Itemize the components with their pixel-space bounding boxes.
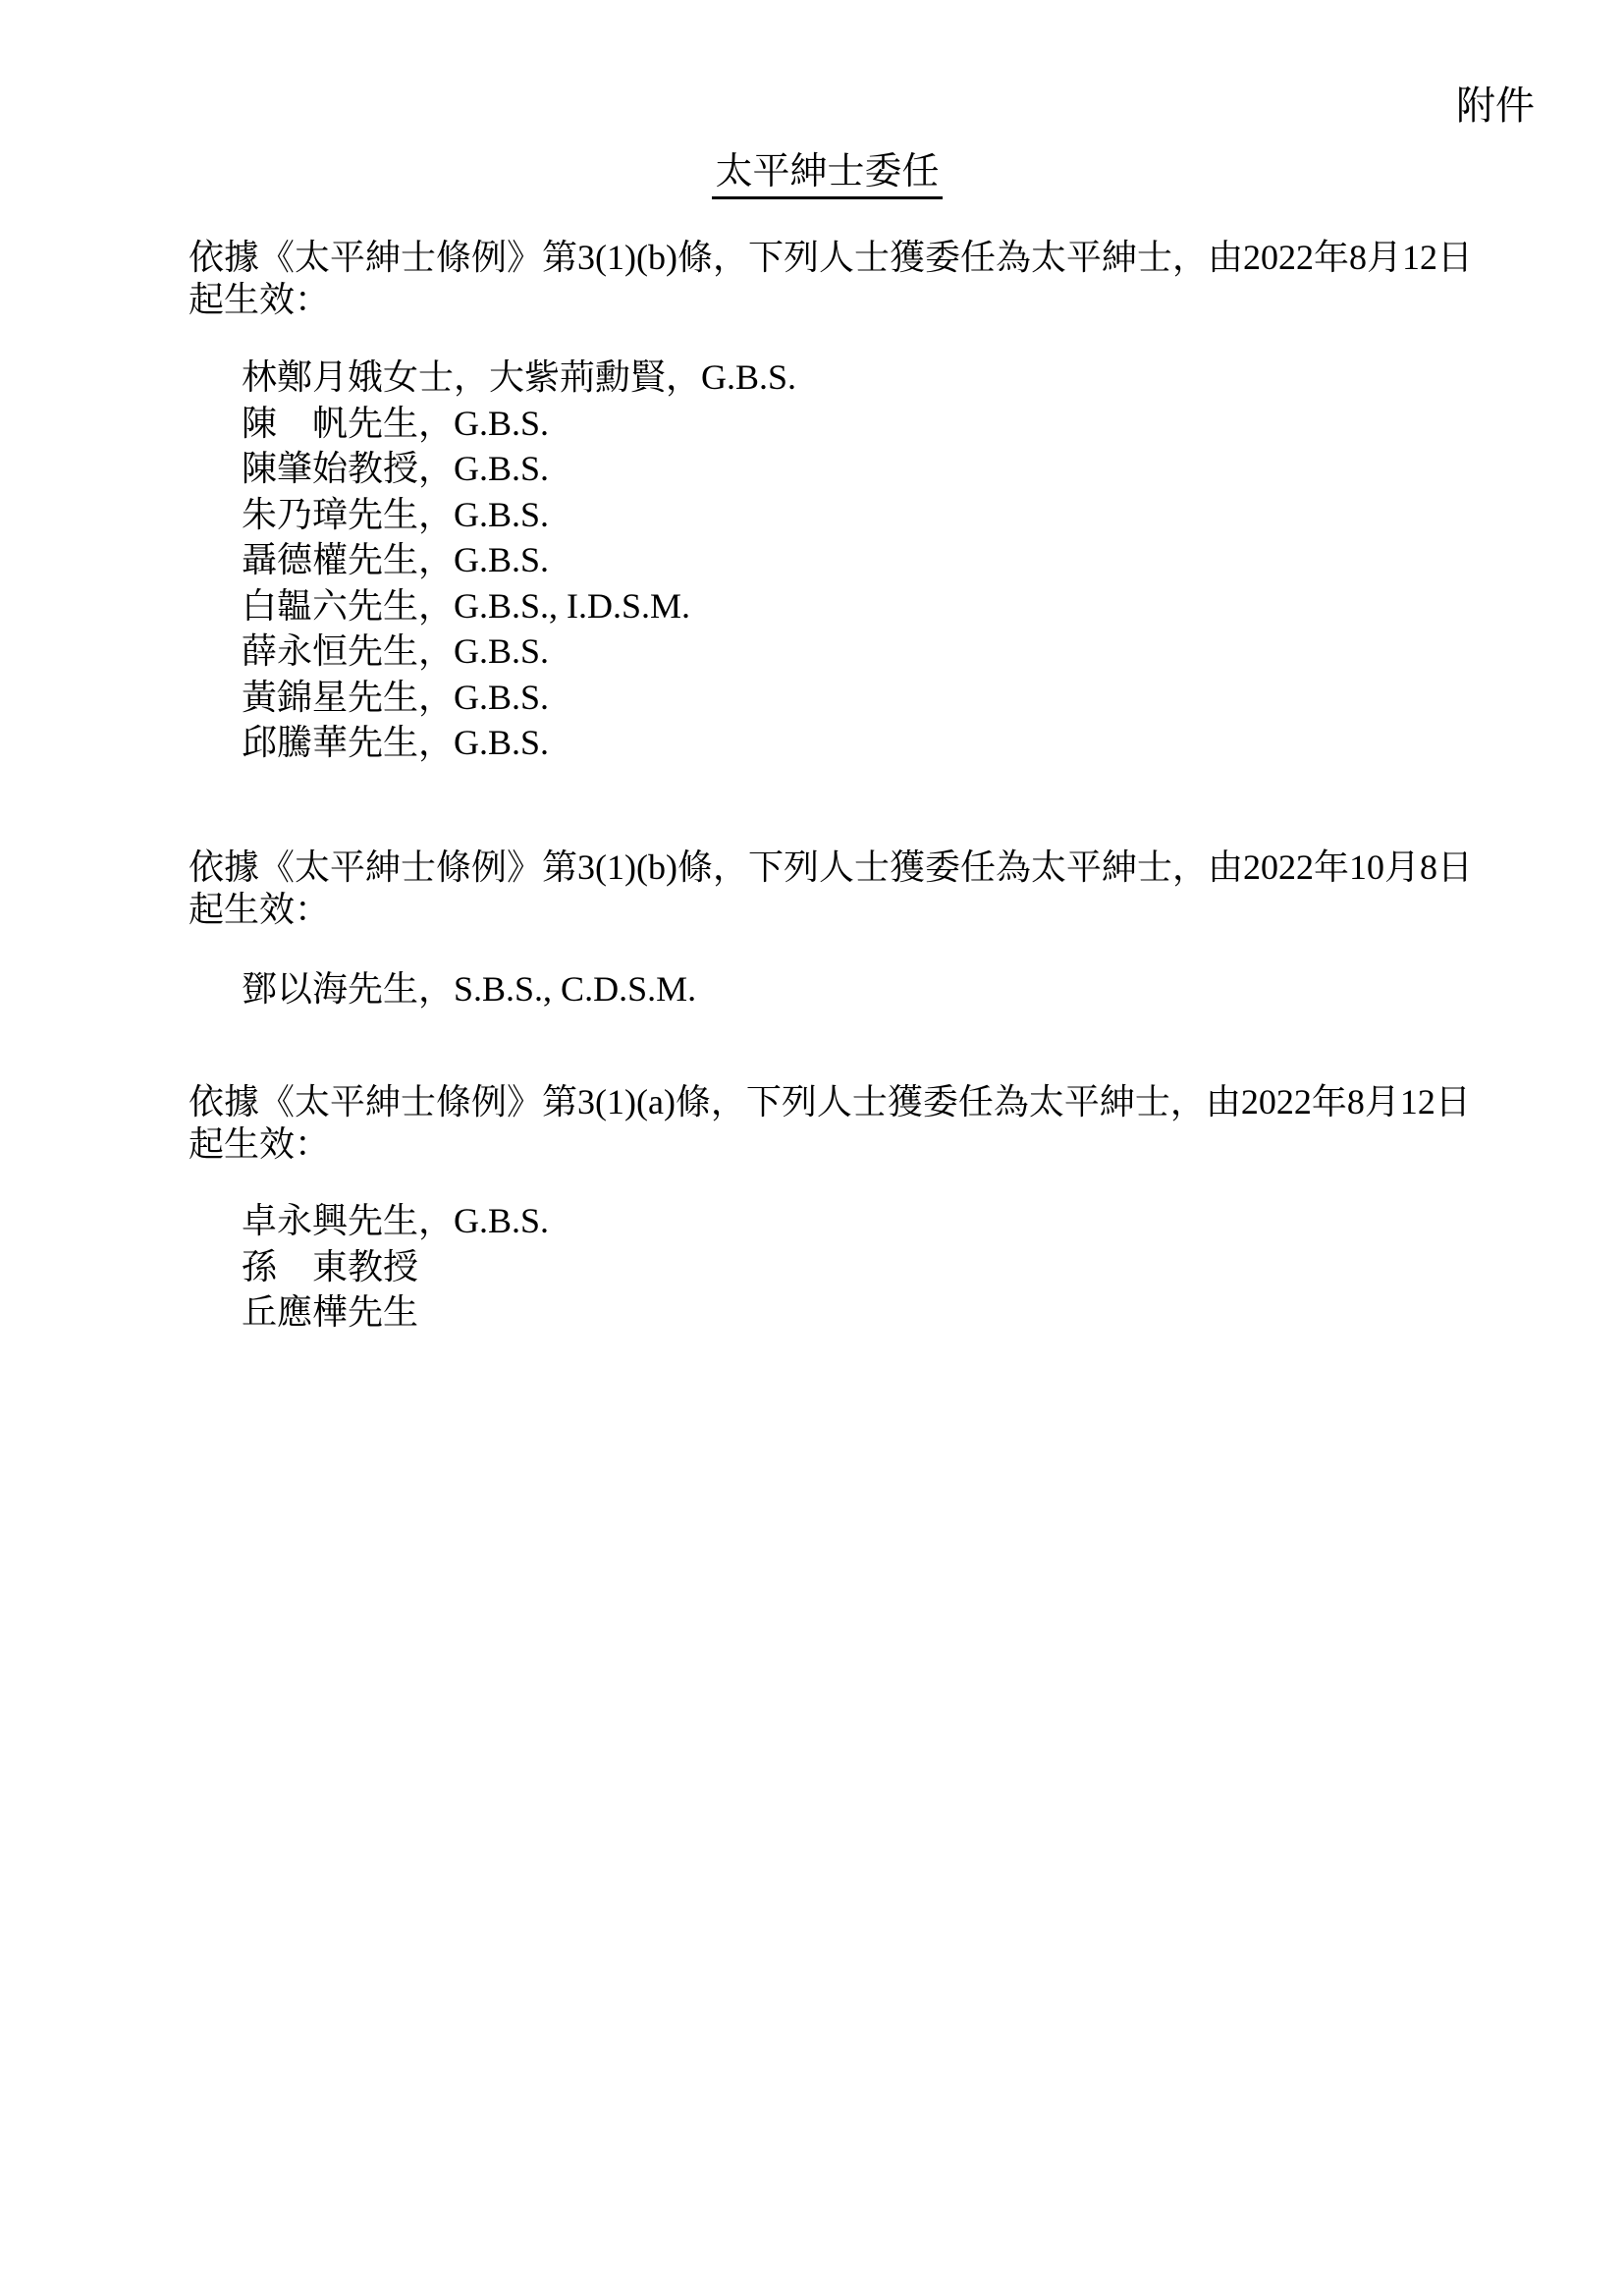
title-row: 太平紳士委任 bbox=[189, 149, 1466, 199]
section-3-intro-line-2: 起生效： bbox=[189, 1123, 1466, 1166]
name-entry: 陳肇始教授，G.B.S. bbox=[242, 446, 1469, 492]
section-1-intro-line-2: 起生效： bbox=[189, 279, 1466, 321]
attachment-label: 附件 bbox=[1456, 82, 1535, 130]
name-entry: 邱騰華先生，G.B.S. bbox=[242, 720, 1469, 766]
name-entry: 黃錦星先生，G.B.S. bbox=[242, 675, 1469, 721]
section-1-intro-line-1: 依據《太平紳士條例》第3(1)(b)條，下列人士獲委任為太平紳士，由2022年8… bbox=[189, 237, 1466, 279]
section-3-name-list: 卓永興先生，G.B.S.孫 東教授丘應樺先生 bbox=[242, 1198, 1469, 1336]
name-entry: 卓永興先生，G.B.S. bbox=[242, 1198, 1469, 1244]
name-entry: 丘應樺先生 bbox=[242, 1289, 1469, 1336]
section-2-intro-line-2: 起生效： bbox=[189, 889, 1466, 931]
section-1-intro: 依據《太平紳士條例》第3(1)(b)條，下列人士獲委任為太平紳士，由2022年8… bbox=[189, 237, 1466, 321]
name-entry: 孫 東教授 bbox=[242, 1244, 1469, 1290]
section-1-name-list: 林鄭月娥女士，大紫荊勳賢，G.B.S.陳 帆先生，G.B.S.陳肇始教授，G.B… bbox=[242, 355, 1469, 766]
name-entry: 薛永恒先生，G.B.S. bbox=[242, 629, 1469, 675]
name-entry: 白韞六先生，G.B.S., I.D.S.M. bbox=[242, 583, 1469, 629]
section-2-intro: 依據《太平紳士條例》第3(1)(b)條，下列人士獲委任為太平紳士，由2022年1… bbox=[189, 847, 1466, 931]
name-entry: 林鄭月娥女士，大紫荊勳賢，G.B.S. bbox=[242, 355, 1469, 401]
document-page: 附件 太平紳士委任 依據《太平紳士條例》第3(1)(b)條，下列人士獲委任為太平… bbox=[0, 0, 1624, 2296]
name-entry: 聶德權先生，G.B.S. bbox=[242, 537, 1469, 583]
section-2-name-list: 鄧以海先生，S.B.S., C.D.S.M. bbox=[242, 966, 1469, 1012]
section-3-intro: 依據《太平紳士條例》第3(1)(a)條，下列人士獲委任為太平紳士，由2022年8… bbox=[189, 1081, 1466, 1166]
section-2-intro-line-1: 依據《太平紳士條例》第3(1)(b)條，下列人士獲委任為太平紳士，由2022年1… bbox=[189, 847, 1466, 889]
name-entry: 陳 帆先生，G.B.S. bbox=[242, 401, 1469, 447]
name-entry: 鄧以海先生，S.B.S., C.D.S.M. bbox=[242, 966, 1469, 1012]
section-3-intro-line-1: 依據《太平紳士條例》第3(1)(a)條，下列人士獲委任為太平紳士，由2022年8… bbox=[189, 1081, 1466, 1123]
document-title: 太平紳士委任 bbox=[712, 149, 942, 199]
name-entry: 朱乃璋先生，G.B.S. bbox=[242, 492, 1469, 538]
